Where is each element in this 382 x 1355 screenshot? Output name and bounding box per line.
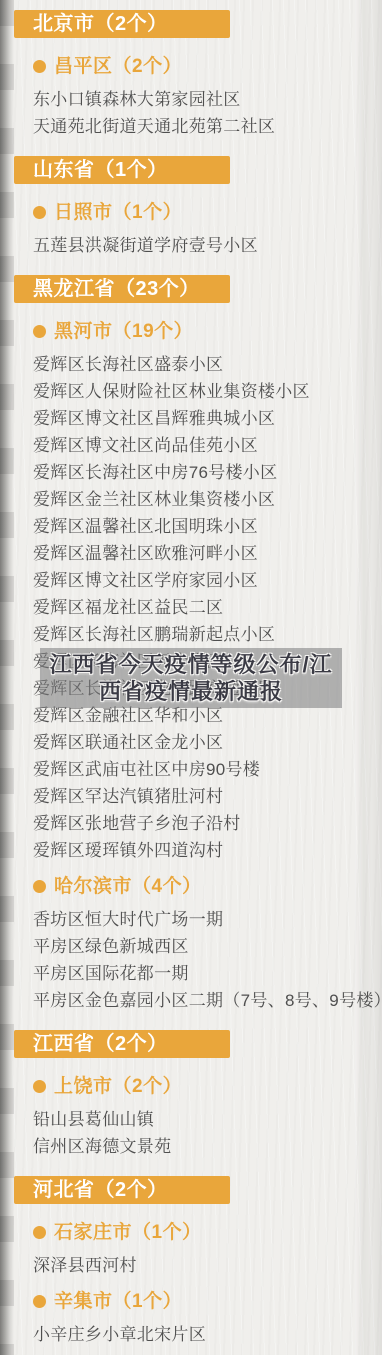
- province-header-bar: 北京市（2个）: [14, 10, 230, 38]
- bullet-dot-icon: [33, 1080, 46, 1093]
- province-label: 河北省（2个）: [33, 1180, 168, 1200]
- risk-area-list-page: 北京市（2个） 昌平区（2个） 东小口镇森林大第家园社区 天通苑北街道天通北苑第…: [0, 0, 382, 1355]
- area-list-item: 东小口镇森林大第家园社区: [33, 86, 382, 113]
- city-block: 上饶市（2个） 铅山县葛仙山镇 信州区海德文景苑: [0, 1072, 382, 1160]
- province-section: 山东省（1个） 日照市（1个） 五莲县洪凝街道学府壹号小区: [0, 156, 382, 259]
- city-list: 石家庄市（1个） 深泽县西河村 辛集市（1个） 小辛庄乡小章北宋片区: [0, 1218, 382, 1348]
- area-list: 爱辉区长海社区盛泰小区 爱辉区人保财险社区林业集资楼小区 爱辉区博文社区昌辉雅典…: [33, 351, 382, 864]
- province-header-bar: 江西省（2个）: [14, 1030, 230, 1058]
- province-header-bar: 黑龙江省（23个）: [14, 275, 230, 303]
- area-list-item: 平房区绿色新城西区: [33, 933, 382, 960]
- watermark-overlay: 江西省今天疫情等级公布/江 西省疫情最新通报: [40, 648, 342, 708]
- province-label: 山东省（1个）: [33, 160, 168, 180]
- bullet-dot-icon: [33, 206, 46, 219]
- city-header: 辛集市（1个）: [33, 1287, 382, 1315]
- area-list: 铅山县葛仙山镇 信州区海德文景苑: [33, 1106, 382, 1160]
- watermark-line2: 西省疫情最新通报: [42, 678, 340, 705]
- area-list-item: 爱辉区博文社区尚品佳苑小区: [33, 432, 382, 459]
- area-list-item: 爱辉区联通社区金龙小区: [33, 729, 382, 756]
- city-header: 昌平区（2个）: [33, 52, 382, 80]
- city-label: 哈尔滨市（4个）: [54, 877, 202, 896]
- area-list: 东小口镇森林大第家园社区 天通苑北街道天通北苑第二社区: [33, 86, 382, 140]
- city-block: 哈尔滨市（4个） 香坊区恒大时代广场一期 平房区绿色新城西区 平房区国际花都一期…: [0, 872, 382, 1014]
- city-label: 石家庄市（1个）: [54, 1223, 202, 1242]
- area-list-item: 爱辉区长海社区鹏瑞新起点小区: [33, 621, 382, 648]
- city-label: 日照市（1个）: [54, 203, 182, 222]
- city-header: 黑河市（19个）: [33, 317, 382, 345]
- area-list-item: 铅山县葛仙山镇: [33, 1106, 382, 1133]
- area-list-item: 爱辉区福龙社区益民二区: [33, 594, 382, 621]
- province-header-bar: 山东省（1个）: [14, 156, 230, 184]
- bullet-dot-icon: [33, 325, 46, 338]
- city-block: 日照市（1个） 五莲县洪凝街道学府壹号小区: [0, 198, 382, 259]
- city-header: 石家庄市（1个）: [33, 1218, 382, 1246]
- area-list-item: 爱辉区罕达汽镇猪肚河村: [33, 783, 382, 810]
- city-list: 昌平区（2个） 东小口镇森林大第家园社区 天通苑北街道天通北苑第二社区: [0, 52, 382, 140]
- city-list: 上饶市（2个） 铅山县葛仙山镇 信州区海德文景苑: [0, 1072, 382, 1160]
- city-block: 昌平区（2个） 东小口镇森林大第家园社区 天通苑北街道天通北苑第二社区: [0, 52, 382, 140]
- city-header: 日照市（1个）: [33, 198, 382, 226]
- province-header-bar: 河北省（2个）: [14, 1176, 230, 1204]
- area-list-item: 爱辉区博文社区学府家园小区: [33, 567, 382, 594]
- area-list-item: 平房区国际花都一期: [33, 960, 382, 987]
- watermark-line1: 江西省今天疫情等级公布/江: [42, 651, 340, 678]
- area-list-item: 平房区金色嘉园小区二期（7号、8号、9号楼）: [33, 987, 382, 1014]
- area-list: 深泽县西河村: [33, 1252, 382, 1279]
- area-list: 五莲县洪凝街道学府壹号小区: [33, 232, 382, 259]
- area-list: 香坊区恒大时代广场一期 平房区绿色新城西区 平房区国际花都一期 平房区金色嘉园小…: [33, 906, 382, 1014]
- province-label: 黑龙江省（23个）: [33, 279, 200, 299]
- bullet-dot-icon: [33, 60, 46, 73]
- bullet-dot-icon: [33, 1226, 46, 1239]
- city-header: 哈尔滨市（4个）: [33, 872, 382, 900]
- area-list-item: 爱辉区武庙屯社区中房90号楼: [33, 756, 382, 783]
- city-label: 昌平区（2个）: [54, 57, 182, 76]
- area-list-item: 香坊区恒大时代广场一期: [33, 906, 382, 933]
- city-label: 辛集市（1个）: [54, 1292, 182, 1311]
- province-section: 江西省（2个） 上饶市（2个） 铅山县葛仙山镇 信州区海德文景苑: [0, 1030, 382, 1160]
- area-list-item: 爱辉区瑷珲镇外四道沟村: [33, 837, 382, 864]
- city-block: 黑河市（19个） 爱辉区长海社区盛泰小区 爱辉区人保财险社区林业集资楼小区 爱辉…: [0, 317, 382, 864]
- area-list-item: 爱辉区长海社区中房76号楼小区: [33, 459, 382, 486]
- area-list: 小辛庄乡小章北宋片区: [33, 1321, 382, 1348]
- bullet-dot-icon: [33, 1295, 46, 1308]
- province-section: 河北省（2个） 石家庄市（1个） 深泽县西河村 辛集市（1个） 小辛庄乡小章北宋…: [0, 1176, 382, 1348]
- area-list-item: 深泽县西河村: [33, 1252, 382, 1279]
- area-list-item: 爱辉区长海社区盛泰小区: [33, 351, 382, 378]
- city-header: 上饶市（2个）: [33, 1072, 382, 1100]
- city-label: 黑河市（19个）: [54, 322, 193, 341]
- province-label: 北京市（2个）: [33, 14, 168, 34]
- city-label: 上饶市（2个）: [54, 1077, 182, 1096]
- area-list-item: 爱辉区博文社区昌辉雅典城小区: [33, 405, 382, 432]
- city-list: 日照市（1个） 五莲县洪凝街道学府壹号小区: [0, 198, 382, 259]
- area-list-item: 小辛庄乡小章北宋片区: [33, 1321, 382, 1348]
- area-list-item: 爱辉区张地营子乡泡子沿村: [33, 810, 382, 837]
- province-section: 北京市（2个） 昌平区（2个） 东小口镇森林大第家园社区 天通苑北街道天通北苑第…: [0, 10, 382, 140]
- city-block: 石家庄市（1个） 深泽县西河村: [0, 1218, 382, 1279]
- area-list-item: 五莲县洪凝街道学府壹号小区: [33, 232, 382, 259]
- area-list-item: 天通苑北街道天通北苑第二社区: [33, 113, 382, 140]
- bullet-dot-icon: [33, 880, 46, 893]
- area-list-item: 信州区海德文景苑: [33, 1133, 382, 1160]
- province-section: 黑龙江省（23个） 黑河市（19个） 爱辉区长海社区盛泰小区 爱辉区人保财险社区…: [0, 275, 382, 1014]
- area-list-item: 爱辉区金兰社区林业集资楼小区: [33, 486, 382, 513]
- city-block: 辛集市（1个） 小辛庄乡小章北宋片区: [0, 1287, 382, 1348]
- area-list-item: 爱辉区温馨社区欧雅河畔小区: [33, 540, 382, 567]
- area-list-item: 爱辉区温馨社区北国明珠小区: [33, 513, 382, 540]
- province-label: 江西省（2个）: [33, 1034, 168, 1054]
- area-list-item: 爱辉区人保财险社区林业集资楼小区: [33, 378, 382, 405]
